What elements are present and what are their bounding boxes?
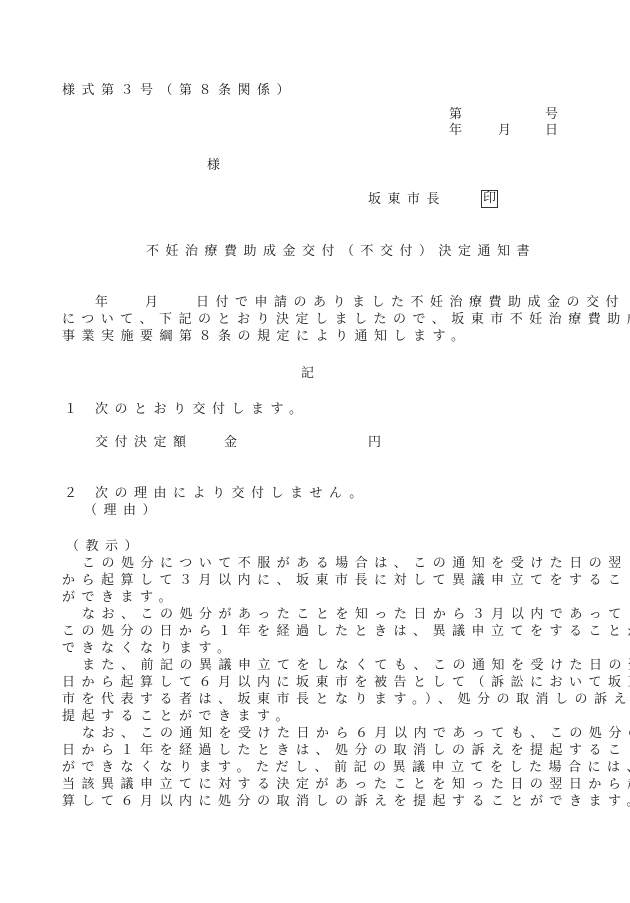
instruction-line: なお、この処分があったことを知った日から３月以内であっても、 (82, 606, 630, 624)
amount-kin: 金 (224, 434, 244, 452)
reason-label: （理由） (84, 502, 162, 520)
intro-line3: 事業実施要綱第８条の規定により通知します。 (62, 328, 470, 346)
intro-line2: について、下記のとおり決定しましたので、坂東市不妊治療費助成 (62, 311, 630, 329)
instruction-line: 市を代表する者は、坂東市長となります。）、処分の取消しの訴えを (62, 691, 630, 709)
document-title: 不妊治療費助成金交付（不交付）決定通知書 (146, 243, 536, 261)
seal-box: 印 (481, 190, 498, 208)
ki-heading: 記 (301, 365, 321, 383)
instruction-line: なお、この通知を受けた日から６月以内であっても、この処分の (82, 725, 630, 743)
date-nen: 年 (449, 122, 469, 140)
addressee-suffix: 様 (207, 157, 227, 175)
item1-number: １ (64, 401, 84, 419)
issuer-name: 坂東市長 (368, 191, 446, 209)
instruction-line: できなくなります。 (62, 640, 236, 658)
instruction-line: 提起することができます。 (62, 708, 295, 726)
instruction-line: ができなくなります。ただし、前記の異議申立てをした場合には、 (62, 759, 630, 777)
date-hi: 日 (545, 122, 565, 140)
item2-number: ２ (64, 485, 84, 503)
instruction-line: から起算して３月以内に、坂東市長に対して異議申立てをすること (62, 572, 630, 590)
item2-text: 次の理由により交付しません。 (95, 485, 369, 503)
instruction-line: 算して６月以内に処分の取消しの訴えを提起することができます。 (62, 793, 630, 811)
amount-yen: 円 (368, 434, 388, 452)
instruction-line: この処分の日から１年を経過したときは、異議申立てをすることが (62, 623, 630, 641)
intro-line1: 日付で申請のありました不妊治療費助成金の交付 (196, 294, 625, 312)
instruction-line: この処分について不服がある場合は、この通知を受けた日の翌日 (82, 555, 630, 573)
intro-tsuki: 月 (145, 294, 165, 312)
date-tsuki: 月 (498, 122, 518, 140)
item1-text: 次のとおり交付します。 (95, 401, 308, 419)
form-number: 様式第３号（第８条関係） (62, 82, 296, 100)
instruction-heading: （教示） (66, 538, 144, 556)
instruction-line: 当該異議申立てに対する決定があったことを知った日の翌日から起 (62, 776, 630, 794)
amount-label: 交付決定額 (95, 434, 193, 452)
instruction-line: 日から１年を経過したときは、処分の取消しの訴えを提起すること (62, 742, 630, 760)
instruction-line: 日から起算して６月以内に坂東市を被告として（訴訟において坂東 (62, 674, 630, 692)
instruction-line: ができます。 (62, 589, 178, 607)
intro-nen: 年 (95, 294, 115, 312)
instruction-line: また、前記の異議申立てをしなくても、この通知を受けた日の翌 (82, 657, 630, 675)
